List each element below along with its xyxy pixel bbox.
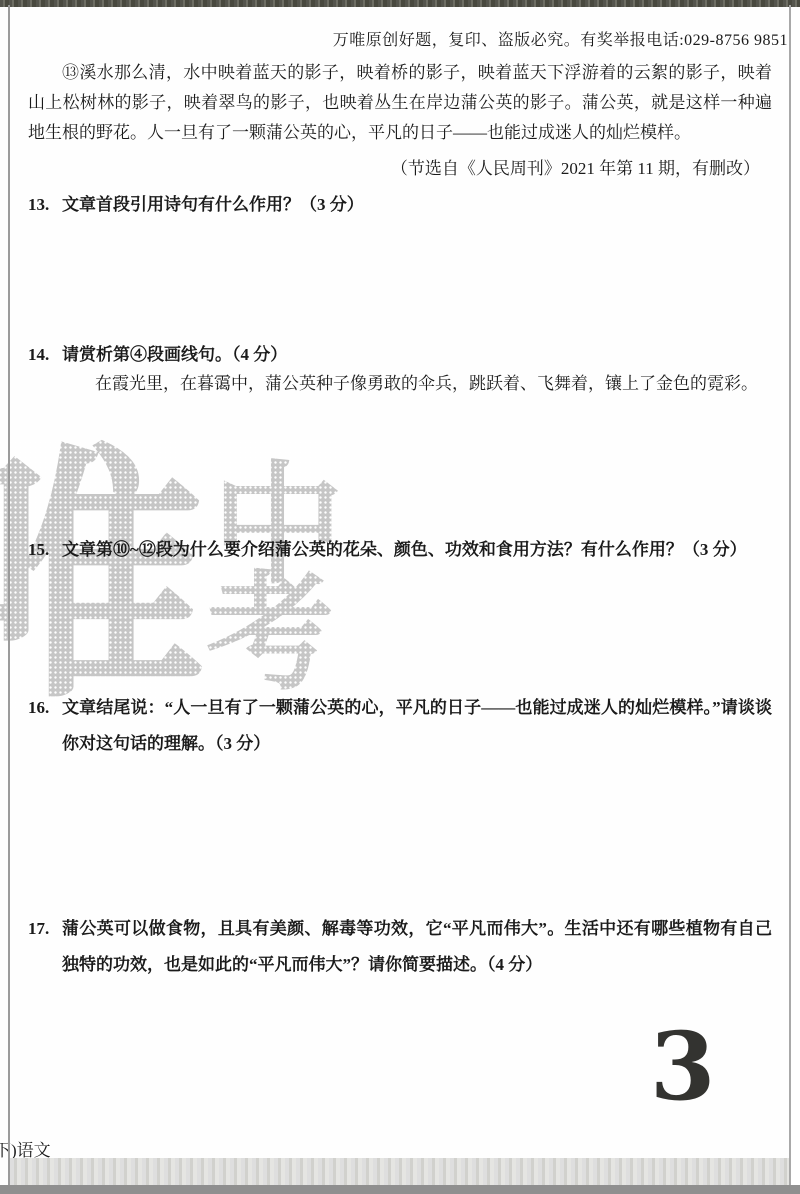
question-16: 16. 文章结尾说：“人一旦有了一颗蒲公英的心，平凡的日子——也能过成迷人的灿烂… <box>28 690 772 762</box>
question-15-text: 文章第⑩~⑫段为什么要介绍蒲公英的花朵、颜色、功效和食用方法？有什么作用？（3 … <box>62 532 772 568</box>
question-16-number: 16. <box>28 690 62 726</box>
question-13-number: 13. <box>28 187 62 223</box>
scan-right-edge <box>789 5 791 1190</box>
question-13-text: 文章首段引用诗句有什么作用？（3 分） <box>62 187 772 223</box>
question-14-text: 请赏析第④段画线句。（4 分） <box>62 337 772 373</box>
scan-left-edge <box>8 5 10 1190</box>
scan-bottom-band <box>10 1158 789 1185</box>
question-14-quoted-sentence: 在霞光里，在暮霭中，蒲公英种子像勇敢的伞兵，跳跃着、飞舞着，镶上了金色的霓彩。 <box>95 371 775 397</box>
question-13: 13. 文章首段引用诗句有什么作用？（3 分） <box>28 187 772 223</box>
question-17-text: 蒲公英可以做食物，且具有美颜、解毒等功效，它“平凡而伟大”。生活中还有哪些植物有… <box>62 911 772 983</box>
question-17-number: 17. <box>28 911 62 947</box>
question-15: 15. 文章第⑩~⑫段为什么要介绍蒲公英的花朵、颜色、功效和食用方法？有什么作用… <box>28 532 772 568</box>
question-16-text: 文章结尾说：“人一旦有了一颗蒲公英的心，平凡的日子——也能过成迷人的灿烂模样。”… <box>62 690 772 762</box>
scan-bottom-edge <box>0 1185 800 1194</box>
paragraph-text: 溪水那么清，水中映着蓝天的影子，映着桥的影子，映着蓝天下浮游着的云絮的影子，映着… <box>28 63 772 142</box>
page-number: 3 <box>650 1020 715 1114</box>
passage-paragraph: ⑬溪水那么清，水中映着蓝天的影子，映着桥的影子，映着蓝天下浮游着的云絮的影子，映… <box>28 58 772 148</box>
question-14: 14. 请赏析第④段画线句。（4 分） <box>28 337 772 373</box>
anti-piracy-notice: 万唯原创好题，复印、盗版必究。有奖举报电话:029-8756 9851 <box>333 27 788 50</box>
exam-page: 唯 中 考 万唯原创好题，复印、盗版必究。有奖举报电话:029-8756 985… <box>0 0 800 1194</box>
paragraph-number-marker: ⑬ <box>62 63 79 82</box>
watermark-char-kao: 考 <box>206 570 334 698</box>
question-14-number: 14. <box>28 337 62 373</box>
source-citation: （节选自《人民周刊》2021 年第 11 期，有删改） <box>391 154 760 179</box>
question-15-number: 15. <box>28 532 62 568</box>
watermark-char-wei: 唯 <box>0 444 206 712</box>
question-17: 17. 蒲公英可以做食物，且具有美颜、解毒等功效，它“平凡而伟大”。生活中还有哪… <box>28 911 772 983</box>
scan-top-edge <box>0 0 800 7</box>
